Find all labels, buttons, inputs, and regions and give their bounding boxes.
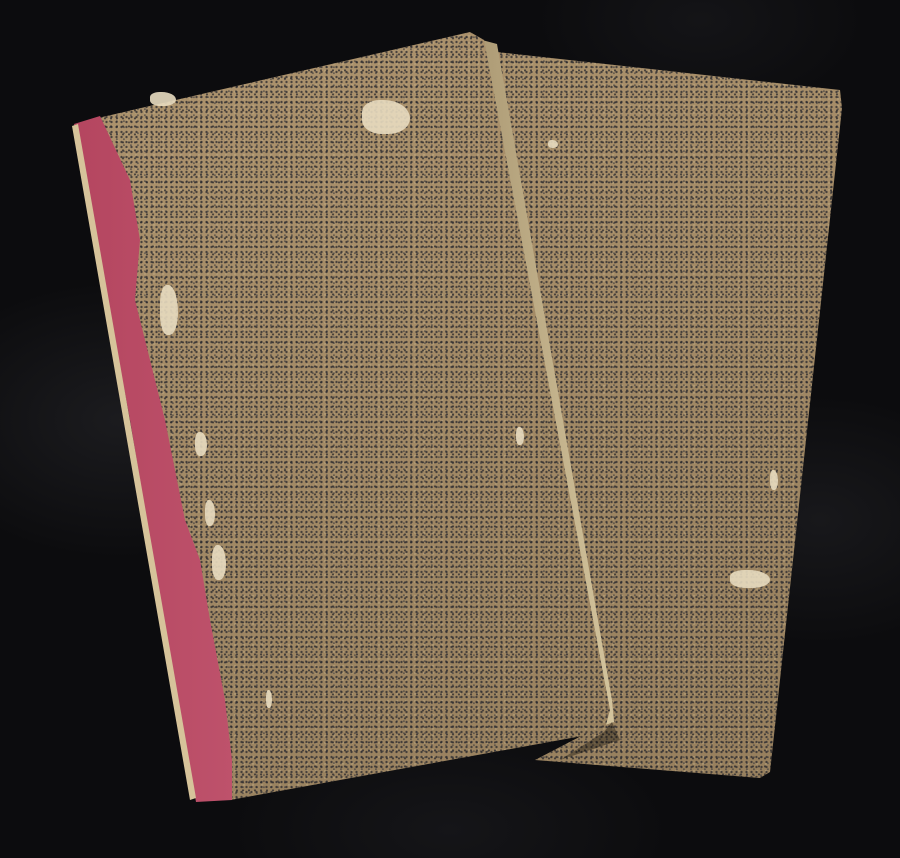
wear-spot [362,100,410,134]
wear-spot [160,285,178,335]
wear-spot [516,427,524,445]
wear-spot [205,500,215,526]
wear-spot [548,140,558,148]
wear-spot [195,432,207,456]
wear-spot [212,545,226,580]
wear-spot [150,92,176,106]
wear-spot [770,470,778,490]
wear-spot [266,690,272,708]
wear-spot [730,570,770,588]
